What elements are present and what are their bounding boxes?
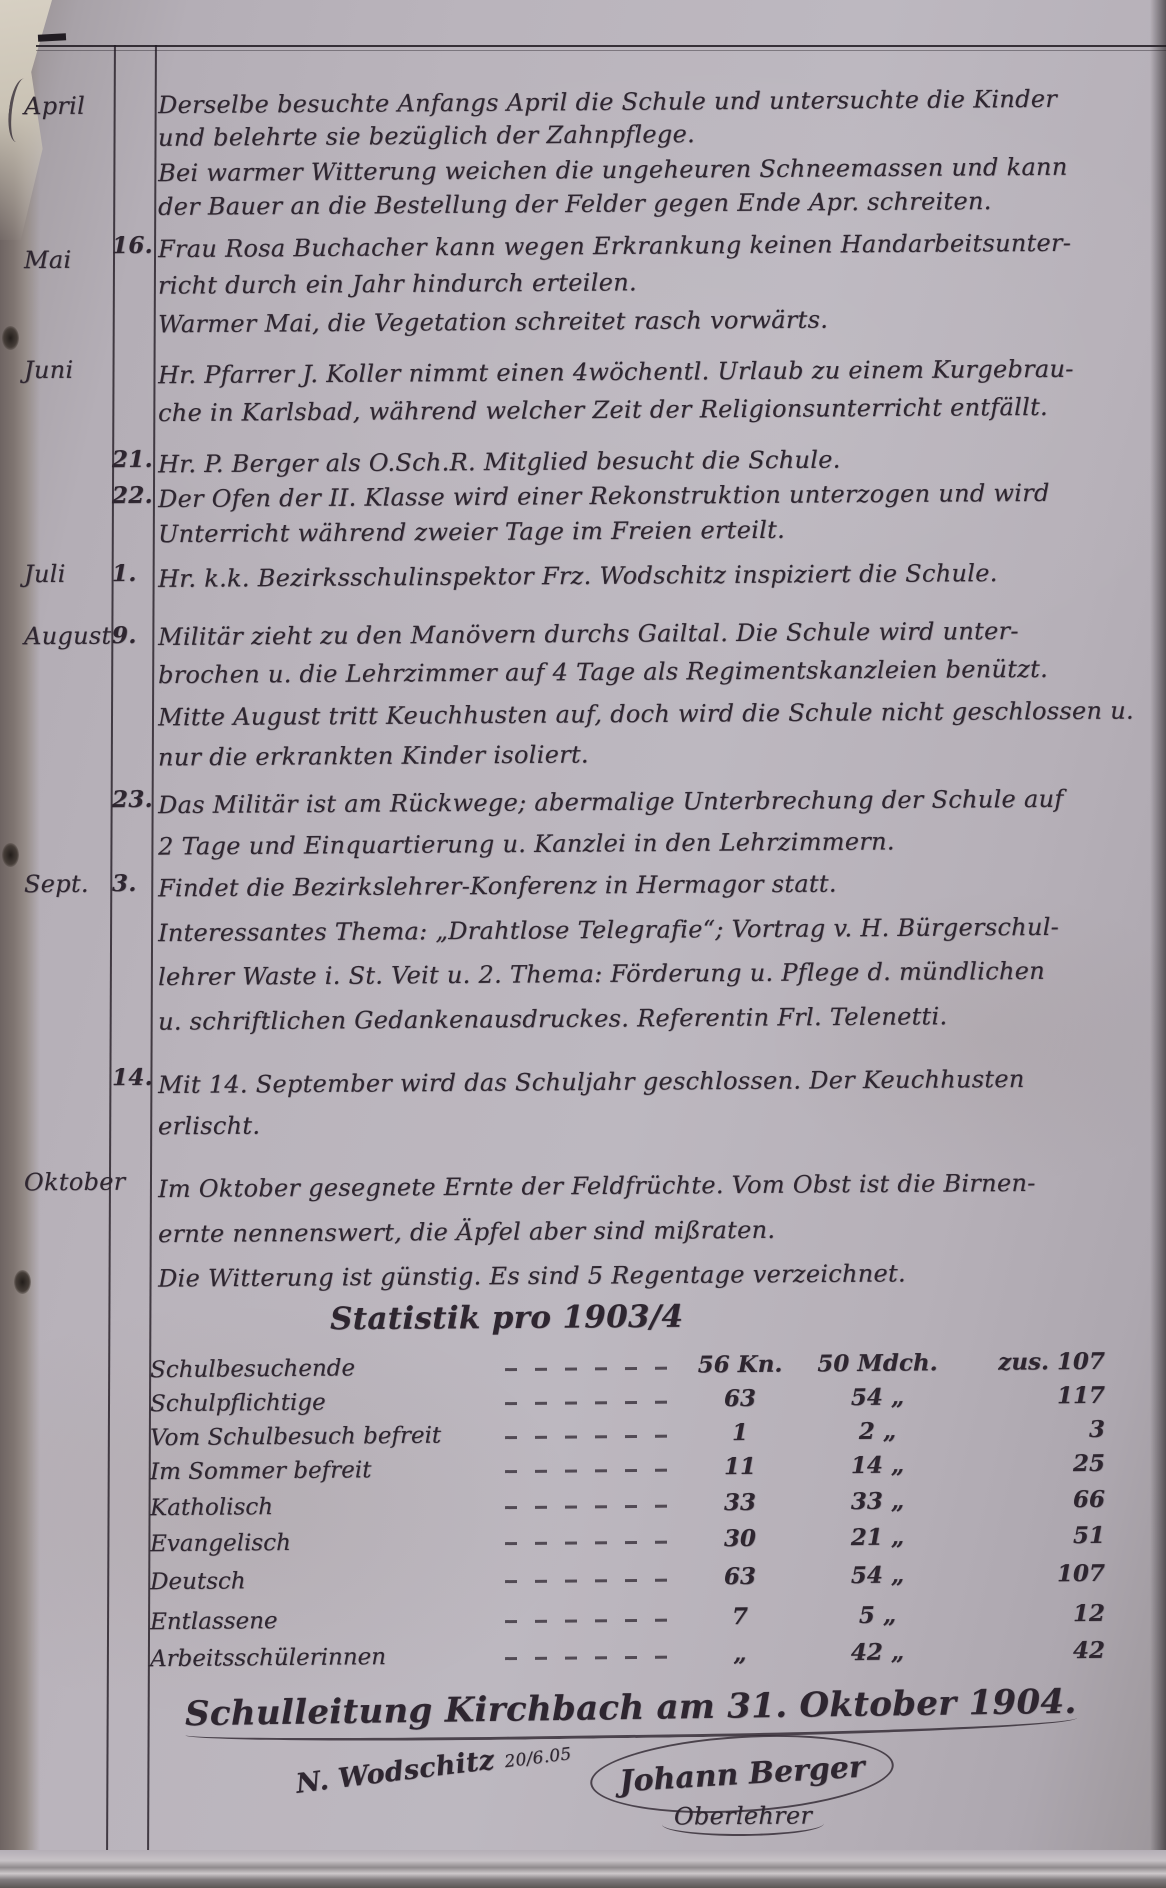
entry-line: der Bauer an die Bestellung der Felder g… [158,187,992,221]
entry-line: Frau Rosa Buchacher kann wegen Erkrankun… [158,229,1071,263]
entry-line: Der Ofen der II. Klasse wird einer Rekon… [158,479,1050,513]
month-column-rule [106,45,116,1854]
month-label-juli: Juli [24,560,66,588]
statistics-row: Deutsch 63 54 „ 107 [150,1560,1111,1595]
margin-mark [38,33,66,41]
top-rule [36,45,1166,47]
month-label-mai: Mai [24,246,72,274]
dash-leader [505,1579,670,1583]
statistics-row: Evangelisch 30 21 „ 51 [150,1522,1111,1557]
stat-label: Im Sommer befreit [150,1456,495,1485]
stat-total: 42 [955,1637,1111,1665]
dash-leader [505,1541,670,1545]
inspector-signature-name: N. Wodschitz [294,1745,496,1800]
binding-hole [2,843,19,867]
stat-label: Entlassene [150,1606,495,1635]
entry-line: Interessantes Thema: „Drahtlose Telegraf… [158,913,1059,947]
day-number: 3. [112,870,137,897]
stat-girls: 54 „ [800,1561,955,1589]
day-number: 22. [112,482,153,509]
stat-girls: 5 „ [800,1601,955,1629]
month-label-august: August [24,622,112,651]
entry-line: richt durch ein Jahr hindurch erteilen. [158,268,637,299]
stat-total: 66 [955,1486,1111,1514]
page-stack-edge [0,1850,1166,1888]
teacher-signature-name: Johann Berger [618,1749,865,1799]
month-label-oktober: Oktober [24,1168,126,1197]
stat-boys: 33 [680,1489,800,1517]
statistics-row: Im Sommer befreit 11 14 „ 25 [150,1450,1111,1485]
entry-line: Findet die Bezirkslehrer-Konferenz in He… [158,870,837,903]
day-number: 14. [112,1064,153,1091]
stat-total: zus. 107 [955,1348,1111,1376]
statistics-row: Vom Schulbesuch befreit 1 2 „ 3 [150,1416,1111,1451]
day-number: 21. [112,446,153,473]
entry-line: Unterricht während zweier Tage im Freien… [158,516,785,548]
inspector-signature-date: 20/6.05 [503,1744,572,1772]
stat-label: Deutsch [150,1566,495,1595]
statistics-title: Statistik pro 1903/4 [330,1299,684,1337]
stat-total: 51 [955,1522,1111,1550]
entry-line: Im Oktober gesegnete Ernte der Feldfrüch… [158,1169,1036,1203]
scanned-chronicle-page: { "colors": { "paper": "#b7b1b9", "ink":… [0,0,1166,1888]
stat-label: Evangelisch [150,1528,495,1557]
entry-line: Bei warmer Witterung weichen die ungeheu… [158,153,1068,187]
stat-label: Schulbesuchende [150,1354,495,1383]
stat-total: 25 [955,1450,1111,1478]
entry-line: ernte nennenswert, die Äpfel aber sind m… [158,1216,775,1248]
stat-girls: 42 „ [800,1638,955,1666]
entry-line: u. schriftlichen Gedankenausdruckes. Ref… [158,1002,948,1036]
stat-girls: 21 „ [800,1523,955,1551]
stat-girls: 54 „ [800,1383,955,1411]
binding-hole [14,1270,31,1294]
statistics-row: Entlassene 7 5 „ 12 [150,1600,1111,1635]
entry-line: che in Karlsbad, während welcher Zeit de… [158,393,1048,427]
month-label-sept: Sept. [24,870,89,898]
stat-total: 3 [955,1416,1111,1444]
binding-edge [0,0,40,1888]
dash-leader [505,1367,670,1371]
entry-line: Hr. P. Berger als O.Sch.R. Mitglied besu… [158,446,841,479]
teacher-signature-title: Oberlehrer [662,1801,824,1836]
entry-line: und belehrte sie bezüglich der Zahnpfleg… [158,120,695,152]
day-number: 9. [112,622,137,649]
day-number: 23. [112,786,153,813]
entry-line: Das Militär ist am Rückwege; abermalige … [158,785,1064,819]
entry-line: Hr. Pfarrer J. Koller nimmt einen 4wöche… [158,355,1074,389]
stat-boys: 63 [680,1563,800,1591]
closing-line: Schulleitung Kirchbach am 31. Oktober 19… [185,1682,1077,1744]
day-number: 1. [112,560,137,587]
dash-leader [505,1505,670,1509]
statistics-row: Arbeitsschülerinnen „ 42 „ 42 [150,1637,1111,1672]
stat-total: 12 [955,1600,1111,1628]
entry-line: Mit 14. September wird das Schuljahr ges… [158,1065,1025,1099]
stat-girls: 33 „ [800,1487,955,1515]
entry-line: erlischt. [158,1112,260,1141]
dash-leader [505,1401,670,1405]
entry-line: Warmer Mai, die Vegetation schreitet ras… [158,306,828,339]
stat-label: Schulpflichtige [150,1388,495,1417]
stat-label: Arbeitsschülerinnen [150,1643,495,1672]
stat-boys: 56 Kn. [680,1351,800,1379]
dash-leader [505,1656,670,1660]
paper-page: April Mai Juni Juli August Sept. Oktober… [0,0,1166,1888]
stat-girls: 50 Mdch. [800,1349,955,1377]
stat-girls: 14 „ [800,1451,955,1479]
dash-leader [505,1469,670,1473]
stat-boys: 11 [680,1453,800,1481]
entry-line: Hr. k.k. Bezirksschulinspektor Frz. Wods… [158,559,998,593]
entry-line: brochen u. die Lehrzimmer auf 4 Tage als… [158,655,1048,689]
top-rule-shadow [36,50,1166,51]
statistics-row: Schulpflichtige 63 54 „ 117 [150,1382,1111,1417]
stat-boys: 30 [680,1525,800,1553]
stat-boys: 1 [680,1419,800,1447]
stat-label: Vom Schulbesuch befreit [150,1422,495,1451]
entry-line: lehrer Waste i. St. Veit u. 2. Thema: Fö… [158,957,1045,991]
stat-girls: 2 „ [800,1417,955,1445]
entry-line: 2 Tage und Einquartierung u. Kanzlei in … [158,827,895,860]
statistics-row: Katholisch 33 33 „ 66 [150,1486,1111,1521]
entry-line: Die Witterung ist günstig. Es sind 5 Reg… [158,1259,906,1292]
month-label-juni: Juni [24,356,74,384]
stat-total: 107 [955,1560,1111,1588]
statistics-row: Schulbesuchende 56 Kn. 50 Mdch. zus. 107 [150,1348,1111,1383]
month-label-april: April [24,92,85,120]
page-right-shadow [1150,0,1166,1888]
stat-boys: „ [680,1640,800,1668]
entry-line: Mitte August tritt Keuchhusten auf, doch… [158,697,1134,732]
entry-line: nur die erkrankten Kinder isoliert. [158,740,589,771]
inspector-signature: N. Wodschitz20/6.05 [294,1735,573,1800]
stat-boys: 63 [680,1385,800,1413]
stat-boys: 7 [680,1603,800,1631]
day-number: 16. [112,232,153,259]
stat-label: Katholisch [150,1492,495,1521]
binding-hole [2,326,19,350]
entry-line: Derselbe besuchte Anfangs April die Schu… [158,85,1057,119]
entry-line: Militär zieht zu den Manövern durchs Gai… [158,617,1019,651]
dash-leader [505,1619,670,1623]
dash-leader [505,1435,670,1439]
stat-total: 117 [955,1382,1111,1410]
